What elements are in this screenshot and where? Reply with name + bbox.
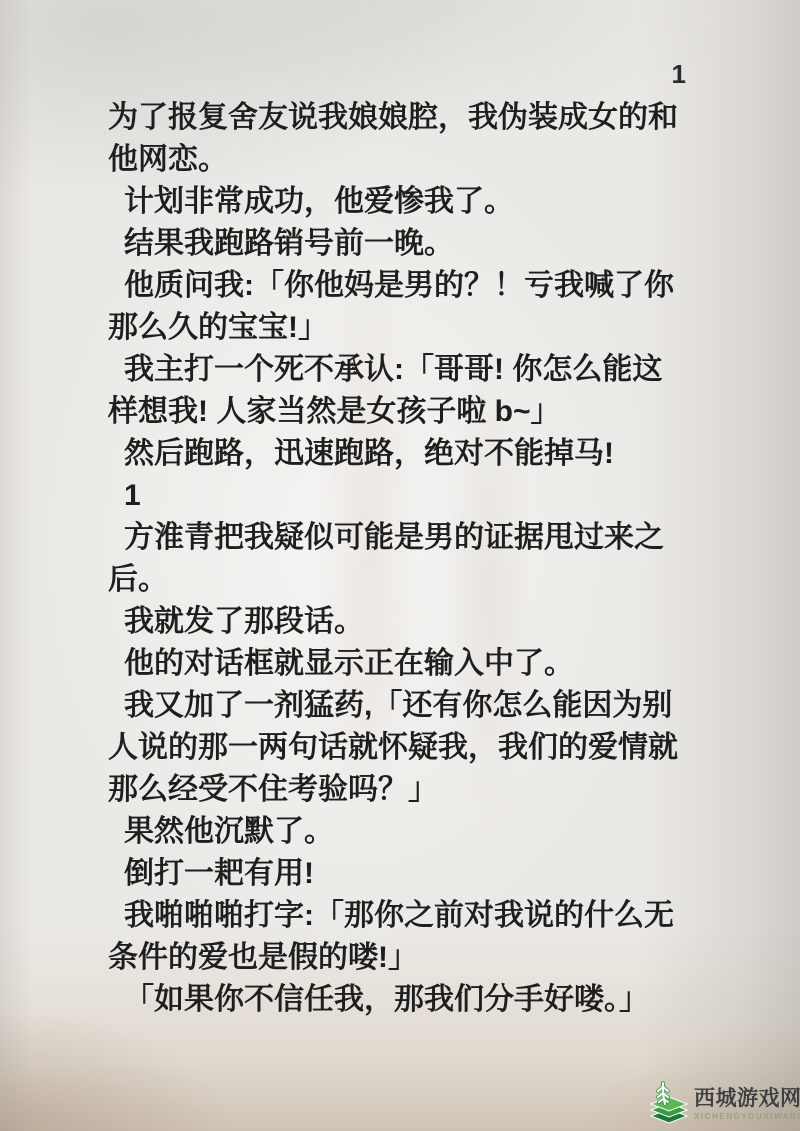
story-paragraph: 「如果你不信任我，那我们分手好喽。」 [108,979,748,1021]
story-paragraph: 我啪啪啪打字:「那你之前对我说的什么无 条件的爱也是假的喽!」 [108,895,748,979]
story-paragraph: 然后跑路，迅速跑路，绝对不能掉马! [108,433,748,475]
story-paragraph: 计划非常成功，他爱惨我了。 [108,181,748,223]
site-name-latin: XICHENGYOUXIWANG [694,1112,800,1121]
story-paragraph: 果然他沉默了。 [108,811,748,853]
site-logo-icon [649,1078,689,1130]
story-paragraph: 他的对话框就显示正在输入中了。 [108,643,748,685]
site-watermark-text: 西城游戏网 XICHENGYOUXIWANG [694,1087,800,1121]
story-paragraph: 我就发了那段话。 [108,601,748,643]
story-text: 为了报复舍友说我娘娘腔，我伪装成女的和 他网恋。计划非常成功，他爱惨我了。结果我… [108,97,748,1021]
site-name: 西城游戏网 [694,1087,800,1110]
page-number: 1 [108,60,686,88]
site-watermark: 西城游戏网 XICHENGYOUXIWANG [649,1078,800,1130]
story-paragraph: 我又加了一剂猛药,「还有你怎么能因为别 人说的那一两句话就怀疑我，我们的爱情就 … [108,685,748,811]
story-paragraph: 他质问我:「你他妈是男的？！亏我喊了你 那么久的宝宝!」 [108,265,748,349]
story-paragraph: 倒打一耙有用! [108,853,748,895]
story-paragraph: 1 [108,475,748,517]
story-paragraph: 为了报复舍友说我娘娘腔，我伪装成女的和 他网恋。 [108,97,748,181]
story-paragraph: 结果我跑路销号前一晚。 [108,223,748,265]
novel-page: 1 为了报复舍友说我娘娘腔，我伪装成女的和 他网恋。计划非常成功，他爱惨我了。结… [0,0,800,1131]
story-paragraph: 方淮青把我疑似可能是男的证据甩过来之 后。 [108,517,748,601]
story-paragraph: 我主打一个死不承认:「哥哥! 你怎么能这 样想我! 人家当然是女孩子啦 b~」 [108,349,748,433]
